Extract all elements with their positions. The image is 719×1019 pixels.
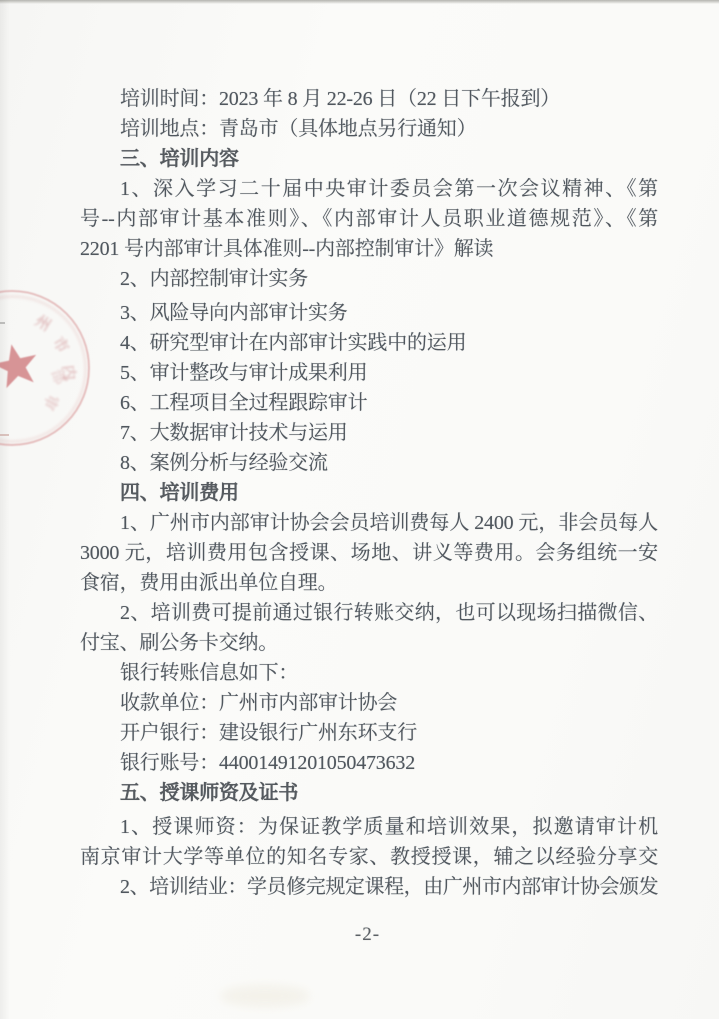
scan-smudge [220, 985, 310, 1007]
seal-glyph: 审 [39, 391, 65, 414]
scan-top-edge [0, 0, 719, 4]
text-line: 7、大数据审计技术与运用 [80, 418, 658, 448]
text-line: 1、广州市内部审计协会会员培训费每人 2400 元，非会员每人 [80, 508, 658, 538]
text-line: 2201 号内部审计具体准则--内部控制审计》解读 [80, 234, 658, 264]
line-bank-name: 开户银行：建设银行广州东环支行 [80, 718, 658, 748]
seal-glyph: 市 [49, 333, 75, 357]
seal-circle [0, 290, 90, 446]
text-line: 南京审计大学等单位的知名专家、教授授课，辅之以经验分享交流。 [80, 842, 658, 872]
text-line: 1、深入学习二十届中央审计委员会第一次会议精神、《第 1101 [80, 174, 658, 204]
text-line: 4、研究型审计在内部审计实践中的运用 [80, 328, 658, 358]
line-bank-account: 银行账号：44001491201050473632 [80, 748, 658, 778]
text-line: 号--内部审计基本准则》、《内部审计人员职业道德规范》、《第 [80, 204, 658, 234]
line-training-time: 培训时间：2023 年 8 月 22-26 日（22 日下午报到） [80, 84, 658, 114]
line-payee-name: 收款单位：广州市内部审计协会 [80, 688, 658, 718]
text-line: 3、风险导向内部审计实务 [80, 298, 658, 328]
text-line: 食宿，费用由派出单位自理。 [80, 568, 658, 598]
seal-glyph: 州 [32, 310, 56, 336]
document-body: 培训时间：2023 年 8 月 22-26 日（22 日下午报到） 培训地点：青… [80, 84, 658, 902]
page-number: -2- [0, 924, 719, 946]
text-line: 6、工程项目全过程跟踪审计 [80, 388, 658, 418]
text-line: 3000 元，培训费用包含授课、场地、讲义等费用。会务组统一安排 [80, 538, 658, 568]
text-line: 付宝、刷公务卡交纳。 [80, 628, 658, 658]
scanned-document-page: 州 市 内 部 审 培训时间：2023 年 8 月 22-26 日（22 日下午… [0, 0, 719, 1019]
text-line: 2、培训费可提前通过银行转账交纳，也可以现场扫描微信、支 [80, 598, 658, 628]
seal-glyph: 部 [47, 366, 72, 387]
text-line: 1、授课师资：为保证教学质量和培训效果，拟邀请审计机关、 [80, 812, 658, 842]
line-bank-transfer-intro: 银行转账信息如下： [80, 658, 658, 688]
line-training-venue: 培训地点：青岛市（具体地点另行通知） [80, 114, 658, 144]
section-heading-faculty-certificate: 五、授课师资及证书 [80, 778, 658, 808]
text-line: 2、培训结业：学员修完规定课程，由广州市内部审计协会颁发 [80, 872, 658, 902]
scan-artifact [0, 322, 5, 324]
section-heading-training-fees: 四、培训费用 [80, 478, 658, 508]
text-line: 2、内部控制审计实务 [80, 264, 658, 294]
scan-artifact [0, 434, 9, 436]
section-heading-training-content: 三、培训内容 [80, 144, 658, 174]
text-line: 8、案例分析与经验交流 [80, 448, 658, 478]
scan-left-edge-shading [0, 0, 10, 1019]
seal-glyph: 内 [58, 364, 80, 381]
seal-circle-inner [0, 295, 87, 443]
text-line: 5、审计整改与审计成果利用 [80, 358, 658, 388]
